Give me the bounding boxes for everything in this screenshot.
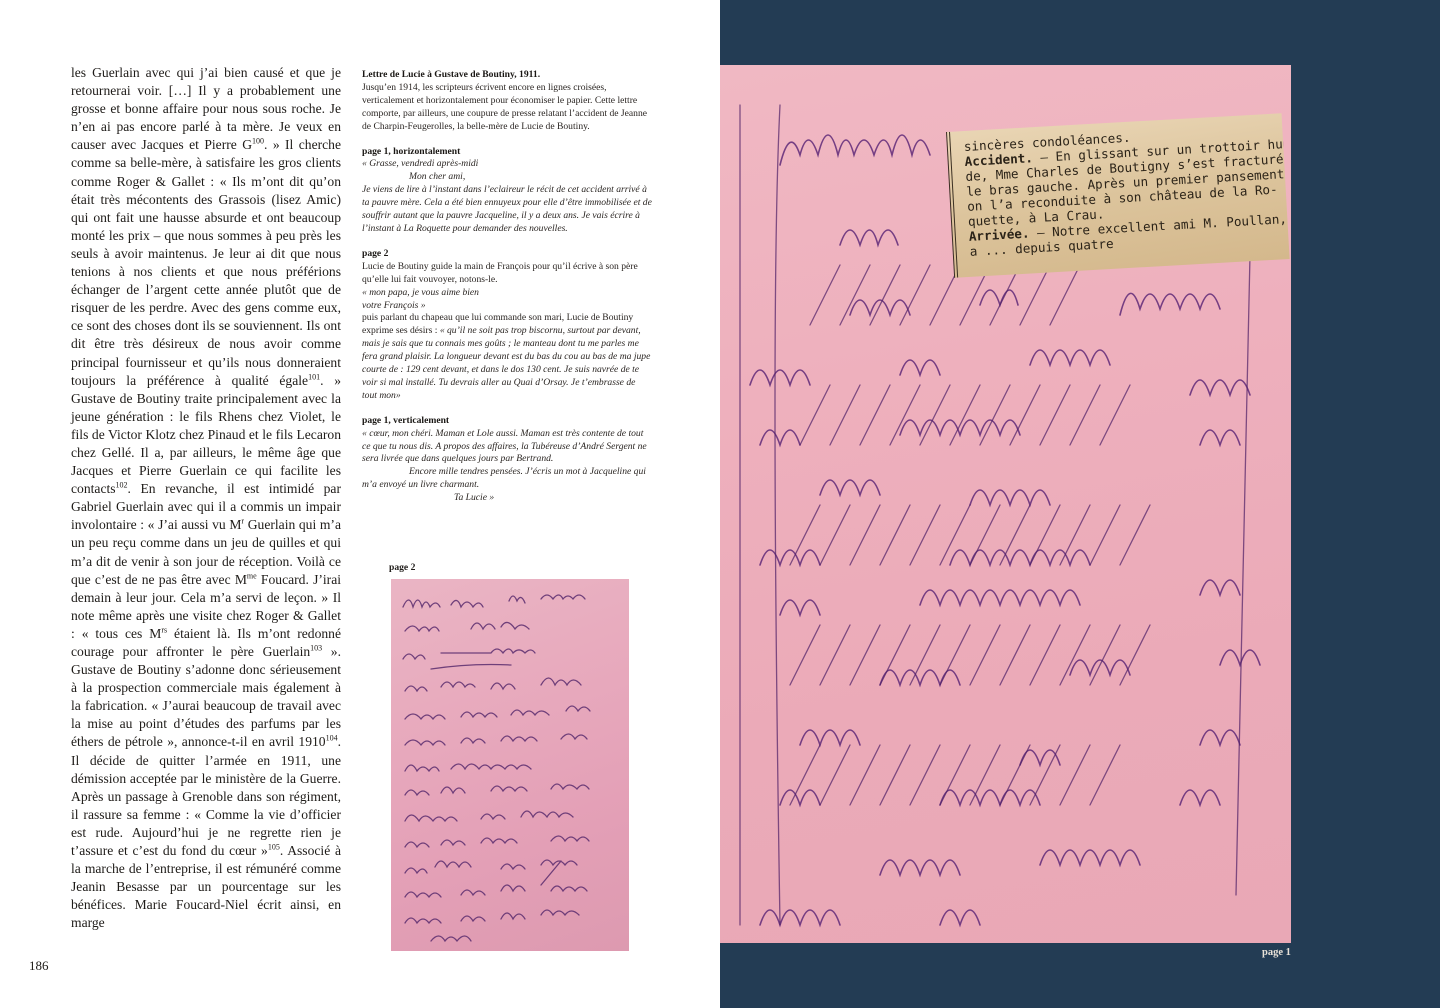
caption-section-page2: page 2 Lucie de Boutiny guide la main de… — [362, 248, 652, 403]
caption-intro: Jusqu’en 1914, les scripteurs écrivent e… — [362, 82, 652, 134]
superscript: me — [247, 571, 257, 580]
quote-line: Je viens de lire à l’instant dans l’ecla… — [362, 184, 652, 236]
letter-page2-image — [391, 579, 629, 951]
caption-column: Lettre de Lucie à Gustave de Boutiny, 19… — [362, 69, 652, 517]
caption-intro-block: Lettre de Lucie à Gustave de Boutiny, 19… — [362, 69, 652, 134]
quote-line: « qu’il ne soit pas trop biscornu, surto… — [362, 325, 650, 401]
quote-line: Mon cher ami, — [362, 171, 652, 184]
caption-section-page1-horizontal: page 1, horizontalement « Grasse, vendre… — [362, 146, 652, 236]
caption-section-page1-vertical: page 1, verticalement « cœur, mon chéri.… — [362, 415, 652, 505]
caption-title: Lettre de Lucie à Gustave de Boutiny, 19… — [362, 69, 652, 82]
left-page: les Guerlain avec qui j’ai bien causé et… — [0, 0, 720, 1008]
footnote-ref: 100 — [252, 137, 264, 146]
newspaper-clipping: sincères condoléances. Accident. — En gl… — [946, 113, 1290, 278]
section-text: puis parlant du chapeau que lui commande… — [362, 312, 650, 400]
footnote-ref: 102 — [116, 481, 128, 490]
body-text: . Il décide de quitter l’armée en 1911, … — [71, 734, 341, 858]
quote-line-text: Encore mille tendres pensées. J’écris un… — [362, 466, 646, 490]
figure-label-page2: page 2 — [389, 562, 415, 573]
footnote-ref: 103 — [310, 643, 322, 652]
page-number: 186 — [29, 958, 49, 974]
quote-signature: Ta Lucie » — [362, 492, 652, 505]
section-heading: page 1, horizontalement — [362, 146, 652, 159]
section-heading: page 2 — [362, 248, 652, 261]
handwriting-scribble — [391, 579, 629, 951]
body-text: ». Gustave de Boutiny s’adonne donc séri… — [71, 644, 341, 749]
body-paragraph: les Guerlain avec qui j’ai bien causé et… — [71, 64, 341, 933]
body-text-column: les Guerlain avec qui j’ai bien causé et… — [71, 64, 341, 933]
body-text: . » Gustave de Boutiny traite principale… — [71, 373, 341, 497]
quote-line: « mon papa, je vous aime bien — [362, 287, 652, 300]
section-intro: Lucie de Boutiny guide la main de Franço… — [362, 261, 652, 287]
quote-line: Encore mille tendres pensées. J’écris un… — [362, 466, 652, 492]
quote-line: « cœur, mon chéri. Maman et Lole aussi. … — [362, 428, 652, 467]
quote-line: « Grasse, vendredi après-midi — [362, 158, 652, 171]
footnote-ref: 104 — [326, 734, 338, 743]
quote-line: votre François » — [362, 300, 652, 313]
body-text: . » Il cherche comme sa belle-mère, à sa… — [71, 137, 341, 387]
footnote-ref: 105 — [268, 843, 280, 852]
footnote-ref: 101 — [308, 372, 320, 381]
figure-label-page1: page 1 — [1262, 947, 1291, 958]
letter-page1-image: sincères condoléances. Accident. — En gl… — [720, 65, 1291, 943]
section-heading: page 1, verticalement — [362, 415, 652, 428]
